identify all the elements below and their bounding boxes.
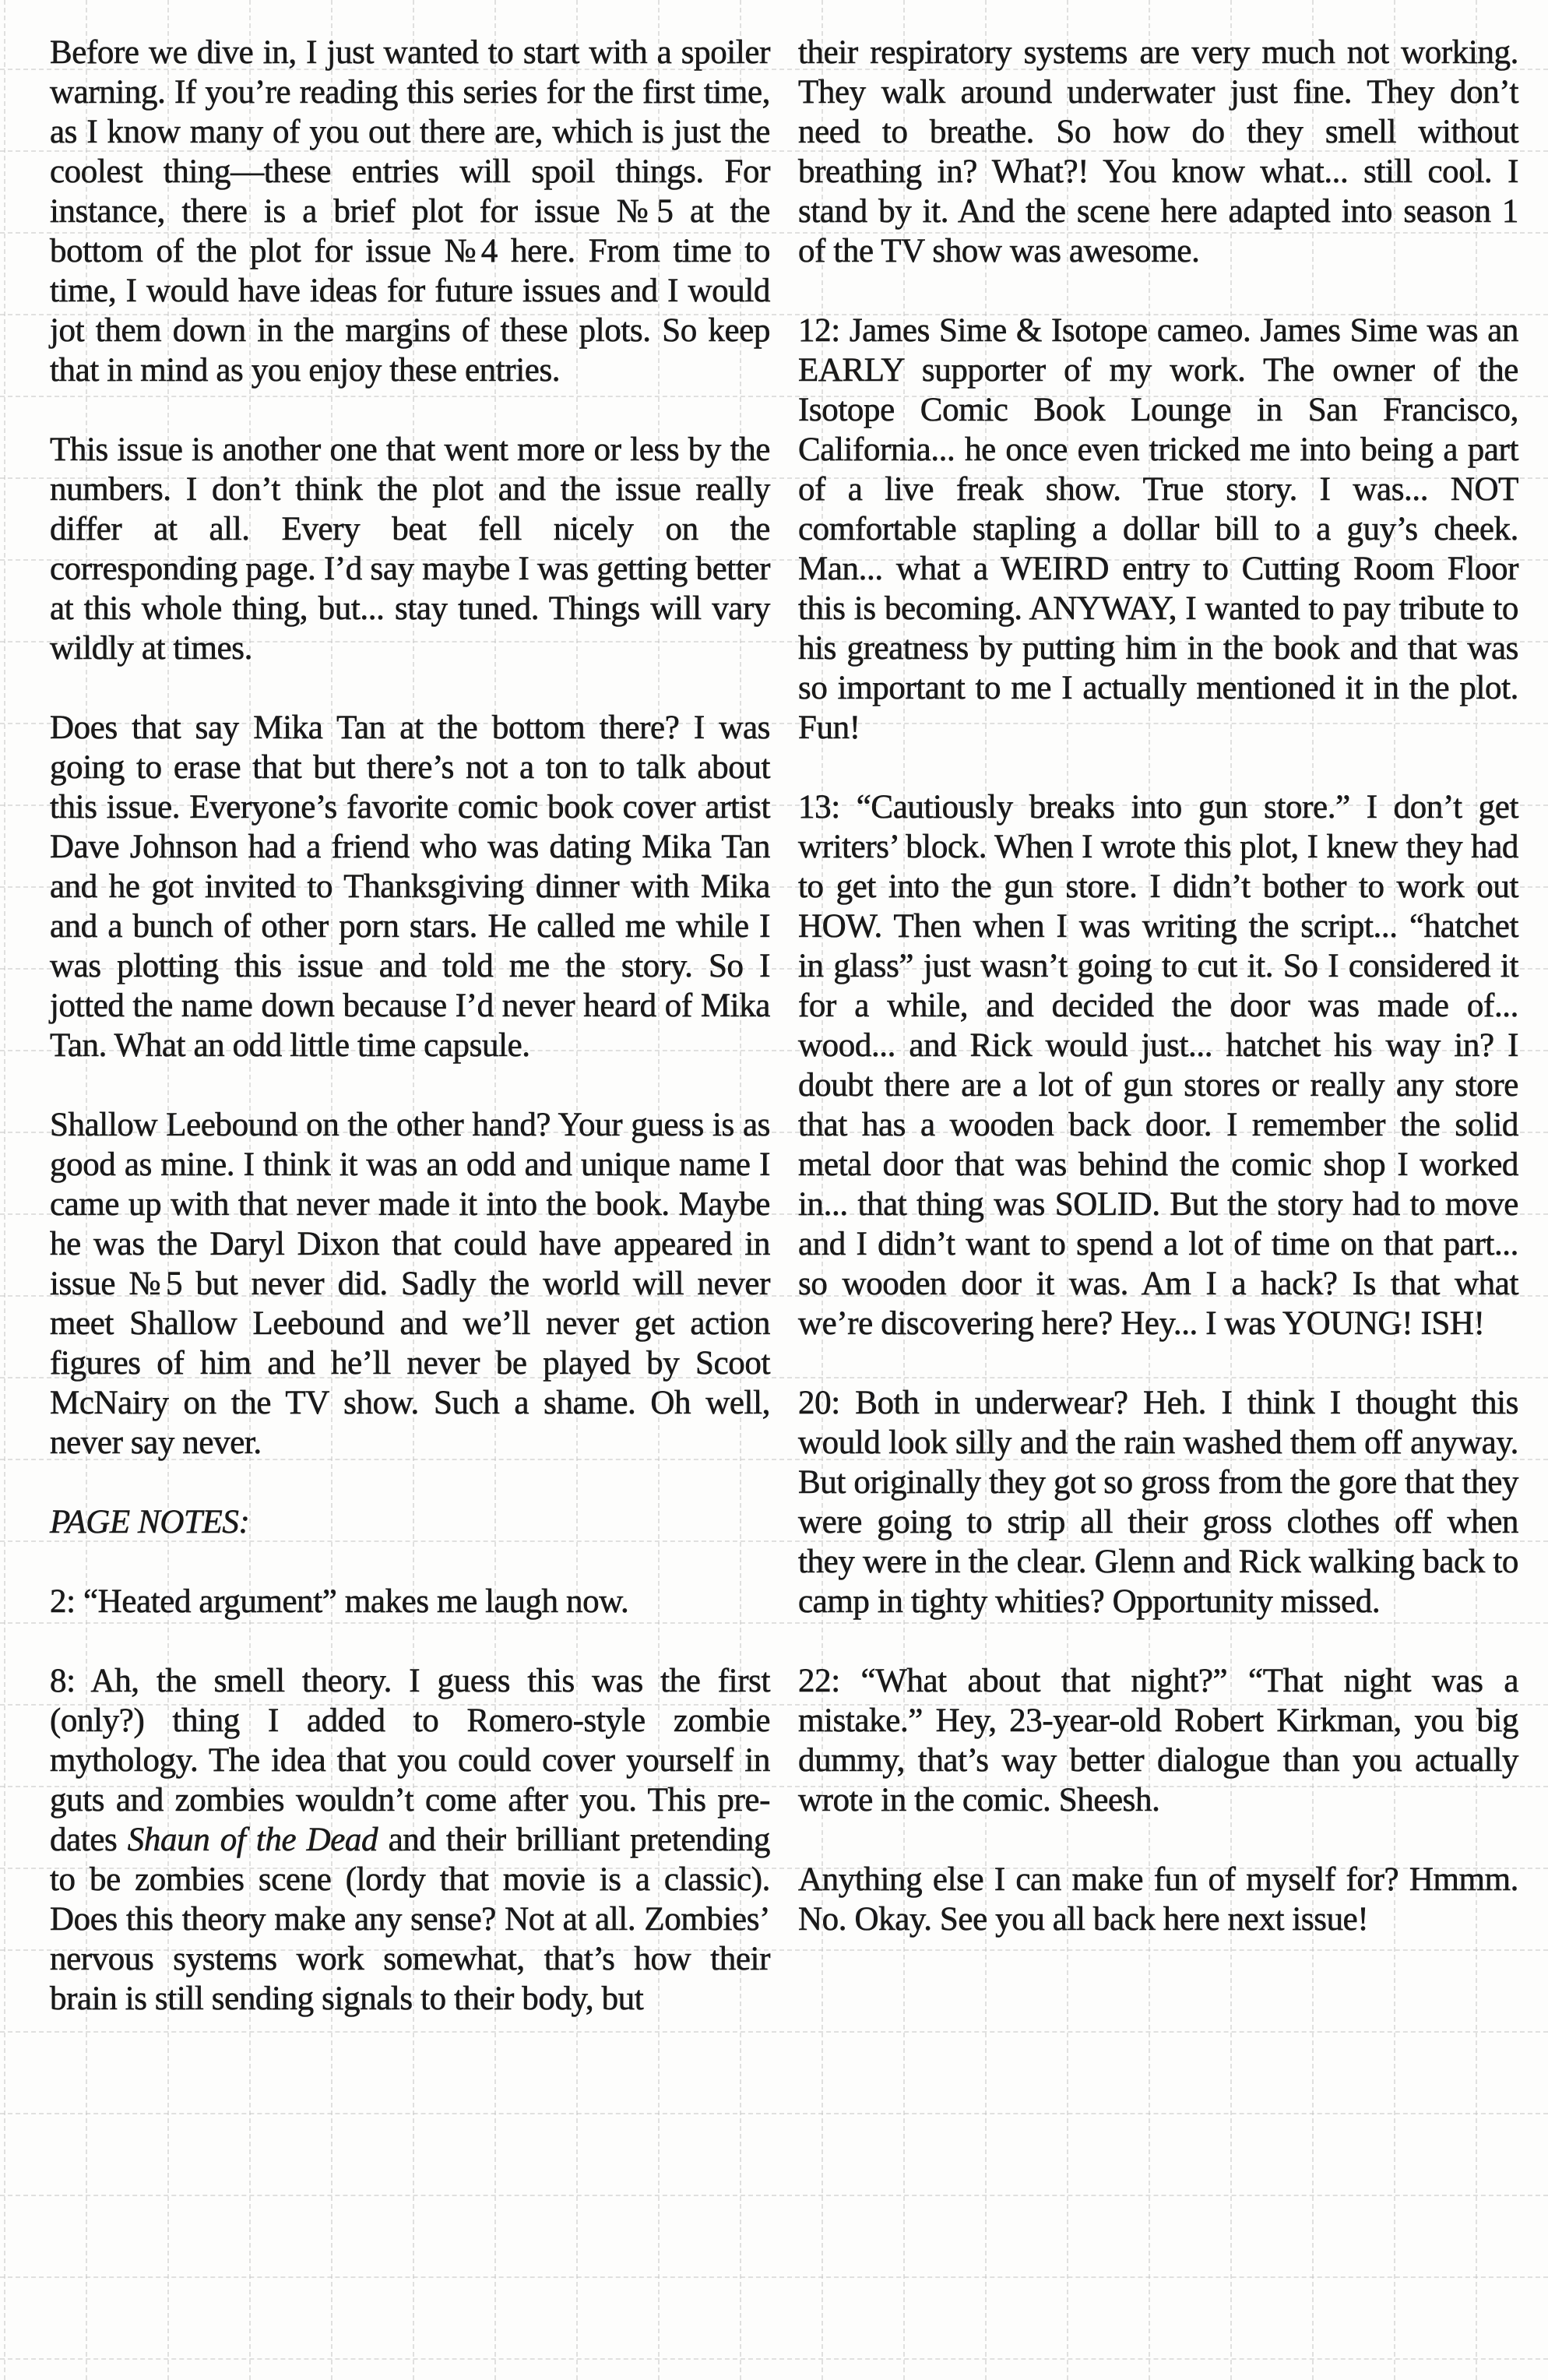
paragraph: 12: James Sime & Isotope cameo. James Si…: [798, 311, 1518, 748]
grid-line-vertical: [4, 0, 5, 2380]
text-run: 12: James Sime & Isotope cameo. James Si…: [798, 312, 1518, 746]
paragraph: 22: “What about that night?” “That night…: [798, 1661, 1518, 1820]
paragraph: Before we dive in, I just wanted to star…: [50, 33, 770, 390]
paragraph: Shallow Leebound on the other hand? Your…: [50, 1105, 770, 1463]
italic-text: Shaun of the Dead: [128, 1822, 378, 1858]
column-left: Before we dive in, I just wanted to star…: [50, 33, 770, 2349]
paragraph: their respiratory systems are very much …: [798, 33, 1518, 271]
text-run: Shallow Leebound on the other hand? Your…: [50, 1107, 770, 1461]
paragraph: Anything else I can make fun of myself f…: [798, 1860, 1518, 1939]
page-notes-heading: PAGE NOTES:: [50, 1502, 770, 1542]
text-columns: Before we dive in, I just wanted to star…: [50, 33, 1518, 2349]
paragraph: 13: “Cautiously breaks into gun store.” …: [798, 787, 1518, 1343]
text-run: This issue is another one that went more…: [50, 431, 770, 667]
paragraph: 20: Both in underwear? Heh. I think I th…: [798, 1383, 1518, 1621]
paragraph: Does that say Mika Tan at the bottom the…: [50, 708, 770, 1065]
column-right: their respiratory systems are very much …: [798, 33, 1518, 2349]
text-run: 20: Both in underwear? Heh. I think I th…: [798, 1385, 1518, 1620]
text-run: 13: “Cautiously breaks into gun store.” …: [798, 789, 1518, 1342]
text-run: 22: “What about that night?” “That night…: [798, 1663, 1518, 1818]
paragraph: 2: “Heated argument” makes me laugh now.: [50, 1582, 770, 1621]
text-run: 2: “Heated argument” makes me laugh now.: [50, 1583, 628, 1620]
text-run: their respiratory systems are very much …: [798, 34, 1518, 269]
grid-line-horizontal: [0, 2358, 1548, 2360]
text-run: Anything else I can make fun of myself f…: [798, 1861, 1518, 1938]
paragraph: 8: Ah, the smell theory. I guess this wa…: [50, 1661, 770, 2019]
text-run: Does that say Mika Tan at the bottom the…: [50, 709, 770, 1064]
book-page: Before we dive in, I just wanted to star…: [0, 0, 1548, 2380]
text-run: Before we dive in, I just wanted to star…: [50, 34, 770, 389]
italic-text: PAGE NOTES:: [50, 1504, 249, 1540]
paragraph: This issue is another one that went more…: [50, 430, 770, 668]
